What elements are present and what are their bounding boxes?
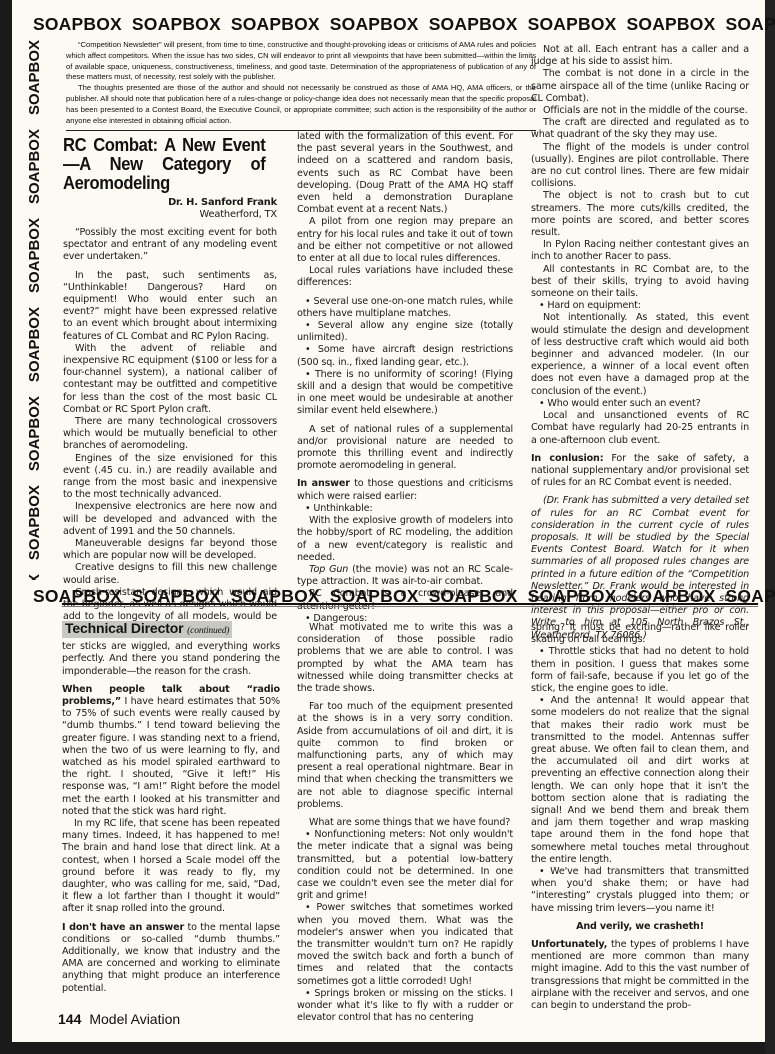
paragraph: In my RC life, that scene has been repea… — [62, 818, 280, 916]
paragraph: The object is not to crash but to cut st… — [531, 190, 749, 239]
paragraph: With the explosive growth of modelers in… — [297, 515, 513, 564]
paragraph: What are some things that we have found? — [297, 817, 513, 829]
article2-column1: Technical Director (continued) ter stick… — [62, 621, 280, 995]
author-location: Weatherford, TX — [63, 209, 277, 221]
paragraph: Officials are not in the middle of the c… — [531, 105, 749, 117]
article-title: RC Combat: A New Event—A New Category of… — [63, 136, 265, 193]
soapbox-word: SOAPBOX — [429, 14, 518, 34]
soapbox-word: SOAPBOX — [26, 307, 43, 382]
soapbox-word: SOAPBOX — [231, 14, 320, 34]
paragraph: The flight of the models is under contro… — [531, 142, 749, 191]
paragraph: In Pylon Racing neither contestant gives… — [531, 239, 749, 263]
author-name: Dr. H. Sanford Frank — [63, 197, 277, 209]
page-footer: 144Model Aviation — [58, 1011, 180, 1027]
paragraph: What motivated me to write this was a co… — [297, 622, 513, 695]
paragraph: Inexpensive electronics are here now and… — [63, 501, 277, 538]
paragraph: There are many technological crossovers … — [63, 416, 277, 453]
continued-label: (continued) — [187, 626, 229, 636]
paragraph: ter sticks are wiggled, and everything w… — [62, 641, 280, 678]
soapbox-word: SOAPBOX — [627, 14, 716, 34]
bullet-item: • Unthinkable: — [297, 503, 513, 515]
bullet-item: • Hard on equipment: — [531, 300, 749, 312]
paragraph: In answer to those questions and critici… — [297, 478, 513, 502]
soapbox-disclaimer: “Competition Newsletter” will present, f… — [66, 40, 536, 131]
soapbox-word: SOAPBOX — [33, 14, 122, 34]
paragraph: Creative designs to fill this new challe… — [63, 562, 277, 586]
disclaimer-paragraph: “Competition Newsletter” will present, f… — [66, 40, 536, 83]
pull-quote: “Possibly the most exciting event for bo… — [63, 227, 277, 264]
paragraph: Local and unsanctioned events of RC Comb… — [531, 410, 749, 447]
bullet-item: • Several allow any engine size (totally… — [297, 320, 513, 344]
paragraph: A set of national rules of a supplementa… — [297, 424, 513, 473]
editor-note: (Dr. Frank has submitted a very detailed… — [531, 495, 749, 641]
paragraph: spring? It must be exciting—rather like … — [531, 622, 749, 646]
run-in-head: In answer — [297, 478, 350, 489]
soapbox-word: SOAPBOX — [26, 129, 43, 204]
paragraph: Unfortunately, the types of problems I h… — [531, 939, 749, 1012]
article1-column3: Not at all. Each entrant has a caller an… — [531, 44, 749, 642]
bullet-item: • Power switches that sometimes worked w… — [297, 902, 513, 987]
soapbox-word: SOAPBOX — [132, 14, 221, 34]
conclusion: In conlusion: For the sake of safety, a … — [531, 453, 749, 490]
article1-column1: RC Combat: A New Event—A New Category of… — [63, 136, 277, 636]
paragraph: lated with the formalization of this eve… — [297, 131, 513, 216]
text: I have heard estimates that 50% to 75% o… — [62, 696, 280, 817]
paragraph: All contestants in RC Combat are, to the… — [531, 264, 749, 301]
article2-column3: spring? It must be exciting—rather like … — [531, 622, 749, 1012]
soapbox-banner-vertical: SOAPBOXSOAPBOXSOAPBOXSOAPBOXSOAPBOXSOAPB… — [24, 40, 46, 580]
section-title: Technical Director — [65, 620, 183, 636]
soapbox-word: SOAPBOX — [26, 40, 43, 115]
paragraph: The craft are directed and regulated as … — [531, 117, 749, 141]
byline: Dr. H. Sanford Frank Weatherford, TX — [63, 197, 277, 221]
publication-name: Model Aviation — [89, 1011, 180, 1027]
soapbox-word: SOAPBOX — [330, 14, 419, 34]
bullet-item: • We've had transmitters that transmitte… — [531, 866, 749, 915]
paragraph: Engines of the size envisioned for this … — [63, 453, 277, 502]
section-header: Technical Director (continued) — [62, 621, 232, 638]
paragraph: I don't have an answer to the mental lap… — [62, 922, 280, 995]
soapbox-word: SOAPBOX — [528, 14, 617, 34]
bullet-item: • Nonfunctioning meters: Not only wouldn… — [297, 829, 513, 902]
run-in-head: Unfortunately, — [531, 939, 607, 950]
article1-column2: lated with the formalization of this eve… — [297, 131, 513, 625]
paragraph: With the advent of reliable and inexpens… — [63, 343, 277, 416]
paragraph: When people talk about “radio problems,”… — [62, 684, 280, 818]
run-in-head: In conlusion: — [531, 453, 603, 464]
soapbox-word: SOAPBOX — [26, 574, 43, 580]
disclaimer-paragraph: The thoughts presented are those of the … — [66, 83, 536, 126]
run-in-head: I don't have an answer — [62, 922, 184, 933]
bullet-item: • Springs broken or missing on the stick… — [297, 988, 513, 1025]
soapbox-word: SOAPBOX — [26, 218, 43, 293]
paragraph: In the past, such sentiments as, “Unthin… — [63, 270, 277, 343]
article2-column2: What motivated me to write this was a co… — [297, 622, 513, 1025]
section-divider-thin — [62, 606, 758, 607]
paragraph: Not at all. Each entrant has a caller an… — [531, 44, 749, 68]
soapbox-banner-top: SOAPBOXSOAPBOXSOAPBOXSOAPBOXSOAPBOXSOAPB… — [33, 14, 775, 35]
bullet-item: • Several use one-on-one match rules, wh… — [297, 296, 513, 320]
soapbox-word: SOAPBOX — [26, 396, 43, 471]
section-divider — [62, 603, 758, 605]
bullet-item: • Throttle sticks that had no detent to … — [531, 646, 749, 695]
paragraph: Not intentionally. As stated, this event… — [531, 312, 749, 397]
bullet-item: • Some have aircraft design restrictions… — [297, 344, 513, 368]
paragraph: Local rules variations have included the… — [297, 265, 513, 289]
bullet-item: • There is no uniformity of scoring! (Fl… — [297, 369, 513, 418]
page-number: 144 — [58, 1011, 81, 1027]
paragraph: The combat is not done in a circle in th… — [531, 68, 749, 105]
soapbox-word: SOAPBOX — [26, 485, 43, 560]
paragraph: A pilot from one region may prepare an e… — [297, 216, 513, 265]
soapbox-word: SOAPBOX — [725, 14, 775, 34]
paragraph: Top Gun (the movie) was not an RC Scale-… — [297, 564, 513, 588]
paragraph: Far too much of the equipment presented … — [297, 701, 513, 811]
bullet-item: • Who would enter such an event? — [531, 398, 749, 410]
subhead: And verily, we crasheth! — [531, 921, 749, 933]
paragraph: Maneuverable designs far beyond those wh… — [63, 538, 277, 562]
movie-title: Top Gun — [309, 564, 348, 575]
page-edge-shadow — [765, 0, 775, 1054]
bullet-item: • And the antenna! It would appear that … — [531, 695, 749, 866]
